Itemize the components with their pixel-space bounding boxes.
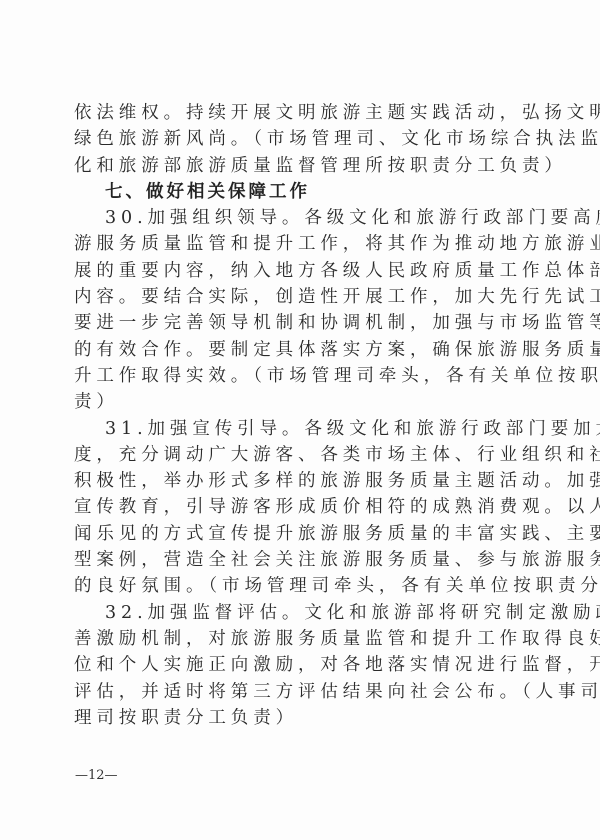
text-line: 游服务质量监管和提升工作，将其作为推动地方旅游业高质量发 bbox=[74, 231, 526, 257]
text-line: 宣传教育，引导游客形成质价相符的成熟消费观。以人民群众喜 bbox=[74, 494, 526, 520]
text-line: 度，充分调动广大游客、各类市场主体、行业组织和社会媒体的 bbox=[74, 442, 526, 468]
text-line: 30.加强组织领导。各级文化和旅游行政部门要高度重视旅 bbox=[74, 205, 526, 231]
text-line: 的良好氛围。（市场管理司牵头，各有关单位按职责分工负责） bbox=[74, 573, 526, 599]
text-line: 位和个人实施正向激励，对各地落实情况进行监督，开展第三方 bbox=[74, 652, 526, 678]
document-page: 依法维权。持续开展文明旅游主题实践活动，弘扬文明、健康、 绿色旅游新风尚。（市场… bbox=[0, 0, 600, 840]
text-line: 积极性，举办形式多样的旅游服务质量主题活动。加强对游客的 bbox=[74, 468, 526, 494]
text-line: 要进一步完善领导机制和协调机制，加强与市场监管等有关部门 bbox=[74, 310, 526, 336]
text-line: 评估，并适时将第三方评估结果向社会公布。（人事司、市场管 bbox=[74, 679, 526, 705]
paragraph-item-30: 30.加强组织领导。各级文化和旅游行政部门要高度重视旅 游服务质量监管和提升工作… bbox=[74, 205, 526, 415]
text-line: 化和旅游部旅游质量监督管理所按职责分工负责） bbox=[74, 153, 526, 179]
text-line: 展的重要内容，纳入地方各级人民政府质量工作总体部署和考核 bbox=[74, 258, 526, 284]
paragraph-item-31: 31.加强宣传引导。各级文化和旅游行政部门要加大宣传力 度，充分调动广大游客、各… bbox=[74, 416, 526, 600]
section-heading: 七、做好相关保障工作 bbox=[74, 179, 526, 205]
document-body: 依法维权。持续开展文明旅游主题实践活动，弘扬文明、健康、 绿色旅游新风尚。（市场… bbox=[74, 100, 526, 731]
text-line: 理司按职责分工负责） bbox=[74, 705, 526, 731]
text-line: 善激励机制，对旅游服务质量监管和提升工作取得良好成效的单 bbox=[74, 626, 526, 652]
text-line: 升工作取得实效。（市场管理司牵头，各有关单位按职责分工负 bbox=[74, 363, 526, 389]
text-line: 内容。要结合实际，创造性开展工作，加大先行先试工作力度。 bbox=[74, 284, 526, 310]
text-line: 依法维权。持续开展文明旅游主题实践活动，弘扬文明、健康、 bbox=[74, 100, 526, 126]
text-line: 绿色旅游新风尚。（市场管理司、文化市场综合执法监督局、文 bbox=[74, 126, 526, 152]
text-line: 型案例，营造全社会关注旅游服务质量、参与旅游服务质量提升 bbox=[74, 547, 526, 573]
text-line: 的有效合作。要制定具体落实方案，确保旅游服务质量监管和提 bbox=[74, 337, 526, 363]
text-line: 闻乐见的方式宣传提升旅游服务质量的丰富实践、主要成果和典 bbox=[74, 521, 526, 547]
page-number: —12— bbox=[75, 768, 118, 783]
text-line: 32.加强监督评估。文化和旅游部将研究制定激励政策，完 bbox=[74, 600, 526, 626]
text-line: 责） bbox=[74, 389, 526, 415]
paragraph-continuation: 依法维权。持续开展文明旅游主题实践活动，弘扬文明、健康、 绿色旅游新风尚。（市场… bbox=[74, 100, 526, 179]
paragraph-item-32: 32.加强监督评估。文化和旅游部将研究制定激励政策，完 善激励机制，对旅游服务质… bbox=[74, 600, 526, 731]
text-line: 31.加强宣传引导。各级文化和旅游行政部门要加大宣传力 bbox=[74, 416, 526, 442]
